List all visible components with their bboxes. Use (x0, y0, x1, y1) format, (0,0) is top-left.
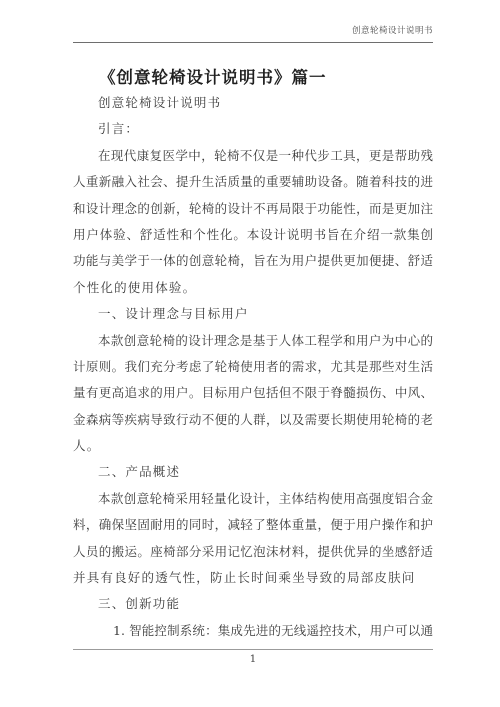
numbered-item-line: 1. 智能控制系统：集成先进的无线遥控技术，用户可以通 (73, 618, 433, 644)
document-body: 创意轮椅设计说明书 引言： 在现代康复医学中，轮椅不仅是一种代步工具，更是帮助残… (73, 90, 433, 644)
body-line: 本款创意轮椅采用轻量化设计，主体结构使用高强度铝合金材 (73, 486, 433, 512)
body-line: 在现代康复医学中，轮椅不仅是一种代步工具，更是帮助残疾 (73, 143, 433, 169)
body-line: 料，确保坚固耐用的同时，减轻了整体重量，便于用户操作和护理 (73, 512, 433, 538)
page-title: 《创意轮椅设计说明书》篇一 (99, 64, 327, 88)
footer-rule (73, 649, 433, 650)
body-line: 量有更高追求的用户。目标用户包括但不限于脊髓损伤、中风、帕 (73, 380, 433, 406)
page-number: 1 (73, 653, 433, 665)
document-page: 创意轮椅设计说明书 《创意轮椅设计说明书》篇一 创意轮椅设计说明书 引言： 在现… (0, 0, 500, 707)
body-line: 金森病等疾病导致行动不便的人群，以及需要长期使用轮椅的老年 (73, 407, 433, 433)
body-line: 人。 (73, 433, 433, 459)
running-header: 创意轮椅设计说明书 (73, 24, 433, 36)
header-rule (73, 42, 433, 43)
body-line: 功能与美学于一体的创意轮椅，旨在为用户提供更加便捷、舒适和 (73, 248, 433, 274)
body-line: 人员的搬运。座椅部分采用记忆泡沫材料，提供优异的坐感舒适度， (73, 539, 433, 565)
body-line: 计原则。我们充分考虑了轮椅使用者的需求，尤其是那些对生活质 (73, 354, 433, 380)
intro-label-line: 引言： (73, 116, 433, 142)
section-heading-1: 一、设计理念与目标用户 (73, 301, 433, 327)
doc-subtitle-line: 创意轮椅设计说明书 (73, 90, 433, 116)
body-line: 个性化的使用体验。 (73, 275, 433, 301)
body-line: 并具有良好的透气性，防止长时间乘坐导致的局部皮肤问题。 (73, 565, 433, 591)
body-line: 和设计理念的创新，轮椅的设计不再局限于功能性，而是更加注重 (73, 196, 433, 222)
body-line: 用户体验、舒适性和个性化。本设计说明书旨在介绍一款集创新、 (73, 222, 433, 248)
section-heading-3: 三、创新功能 (73, 591, 433, 617)
section-heading-2: 二、产品概述 (73, 459, 433, 485)
body-line: 人重新融入社会、提升生活质量的重要辅助设备。随着科技的进步 (73, 169, 433, 195)
body-line: 本款创意轮椅的设计理念是基于人体工程学和用户为中心的设 (73, 328, 433, 354)
